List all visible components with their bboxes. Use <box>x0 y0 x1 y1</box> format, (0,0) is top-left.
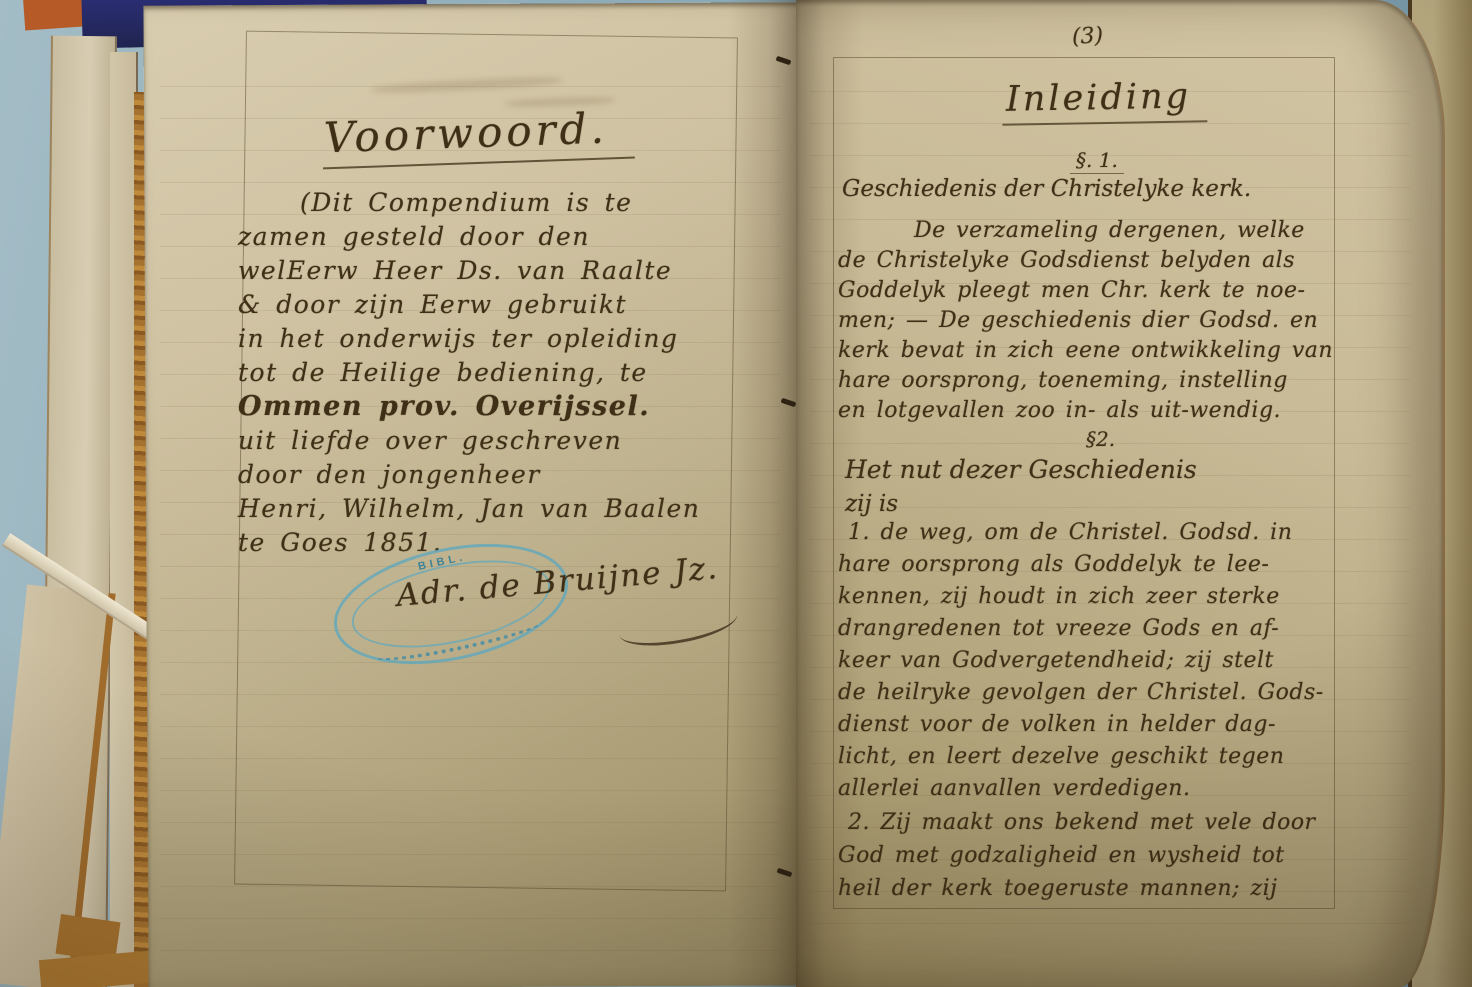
manuscript-line: licht, en leert dezelve geschikt tegen <box>838 741 1354 773</box>
manuscript-line: zamen gesteld door den <box>238 220 744 254</box>
section-1-subheading: Geschiedenis der Christelyke kerk. <box>842 176 1251 202</box>
manuscript-line: kerk bevat in zich eene ontwikkeling van <box>838 336 1352 366</box>
left-page-title: Voorwoord. <box>321 103 635 170</box>
manuscript-line: drangredenen tot vreeze Gods en af- <box>838 613 1354 645</box>
manuscript-line: hare oorsprong, toeneming, instelling <box>838 366 1352 396</box>
manuscript-line: keer van Godvergetendheid; zij stelt <box>838 645 1354 677</box>
manuscript-line: uit liefde over geschreven <box>238 424 744 458</box>
section-1-heading: §. 1. <box>1070 148 1124 174</box>
page-number: (3) <box>1071 23 1103 50</box>
manuscript-line: in het onderwijs ter opleiding <box>238 322 744 356</box>
manuscript-photo: Voorwoord. (Dit Compendium is te zamen g… <box>0 0 1472 987</box>
manuscript-line: De verzameling dergenen, welke <box>838 216 1352 246</box>
foreword-paragraph: (Dit Compendium is te zamen gesteld door… <box>238 186 744 560</box>
manuscript-line: en lotgevallen zoo in- als uit-wendig. <box>838 396 1352 426</box>
manuscript-line: Henri, Wilhelm, Jan van Baalen <box>238 492 744 526</box>
section-2-intro: zij is <box>845 491 898 517</box>
right-page-title: Inleiding <box>1002 76 1208 126</box>
manuscript-line: allerlei aanvallen verdedigen. <box>838 773 1354 805</box>
manuscript-line: de Christelyke Godsdienst belyden als <box>838 246 1352 276</box>
manuscript-line: welEerw Heer Ds. van Raalte <box>238 254 744 288</box>
manuscript-line: door den jongenheer <box>238 458 744 492</box>
manuscript-line: 1. de weg, om de Christel. Godsd. in <box>838 517 1354 549</box>
manuscript-line: & door zijn Eerw gebruikt <box>238 288 744 322</box>
manuscript-line: Goddelyk pleegt men Chr. kerk te noe- <box>838 276 1352 306</box>
manuscript-line: 2. Zij maakt ons bekend met vele door <box>838 806 1354 839</box>
section-2-heading: §2. <box>1086 427 1115 451</box>
section-2-subheading: Het nut dezer Geschiedenis <box>845 455 1197 484</box>
manuscript-line: men; — De geschiedenis dier Godsd. en <box>838 306 1352 336</box>
section-1-paragraph: De verzameling dergenen, welke de Christ… <box>838 216 1352 426</box>
manuscript-line: kennen, zij houdt in zich zeer sterke <box>838 581 1354 613</box>
manuscript-line: hare oorsprong als Goddelyk te lee- <box>838 549 1354 581</box>
section-2-item-1: 1. de weg, om de Christel. Godsd. in har… <box>838 517 1354 805</box>
manuscript-line: (Dit Compendium is te <box>238 186 744 220</box>
manuscript-line: God met godzaligheid en wysheid tot <box>838 839 1354 872</box>
manuscript-line: heil der kerk toegeruste mannen; zij <box>838 872 1354 905</box>
manuscript-line: tot de Heilige bediening, te <box>238 356 744 390</box>
section-2-item-2: 2. Zij maakt ons bekend met vele door Go… <box>838 806 1354 905</box>
manuscript-line: de heilryke gevolgen der Christel. Gods- <box>838 677 1354 709</box>
manuscript-line: Ommen prov. Overijssel. <box>238 390 744 424</box>
manuscript-line: dienst voor de volken in helder dag- <box>838 709 1354 741</box>
